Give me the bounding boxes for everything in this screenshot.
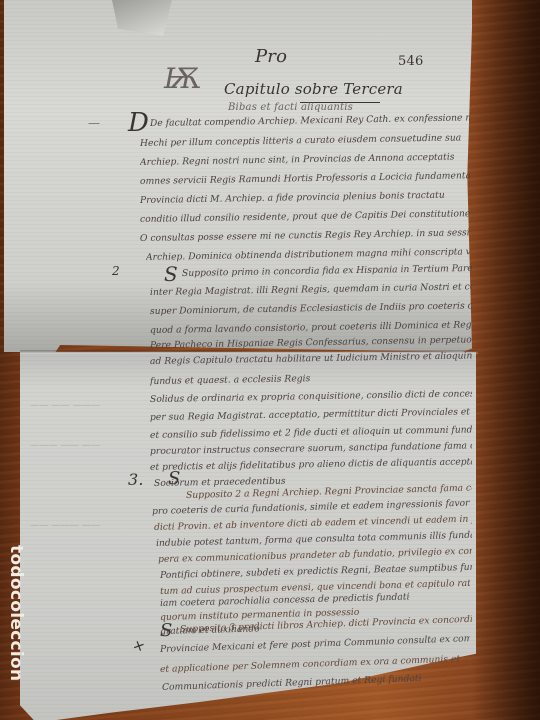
bleed-through-text: —— —— ——— bbox=[30, 400, 120, 411]
paragraph-initial-1: D bbox=[128, 108, 149, 138]
bleed-through-text: ——— —— —— bbox=[30, 440, 120, 451]
watermark-text: todocoleccion bbox=[6, 545, 26, 681]
header-flourish-mark: Ѭ bbox=[164, 62, 202, 95]
paragraph-initial-2: S bbox=[164, 262, 178, 286]
header-subtitle: Bibas et facti aliquantis bbox=[228, 102, 353, 113]
header-title: Capitulo sobre Tercera bbox=[224, 80, 403, 98]
watermark: todocoleccion bbox=[10, 545, 28, 710]
header-top-word: Pro bbox=[255, 46, 287, 67]
margin-marker-1: — bbox=[88, 116, 100, 130]
margin-marker-3: 3. bbox=[128, 470, 144, 489]
margin-marker-2: 2 bbox=[112, 264, 120, 278]
table-shadow bbox=[470, 0, 540, 720]
page-number: 546 bbox=[398, 54, 423, 69]
bleed-through-text: —— ——— —— bbox=[30, 520, 120, 531]
